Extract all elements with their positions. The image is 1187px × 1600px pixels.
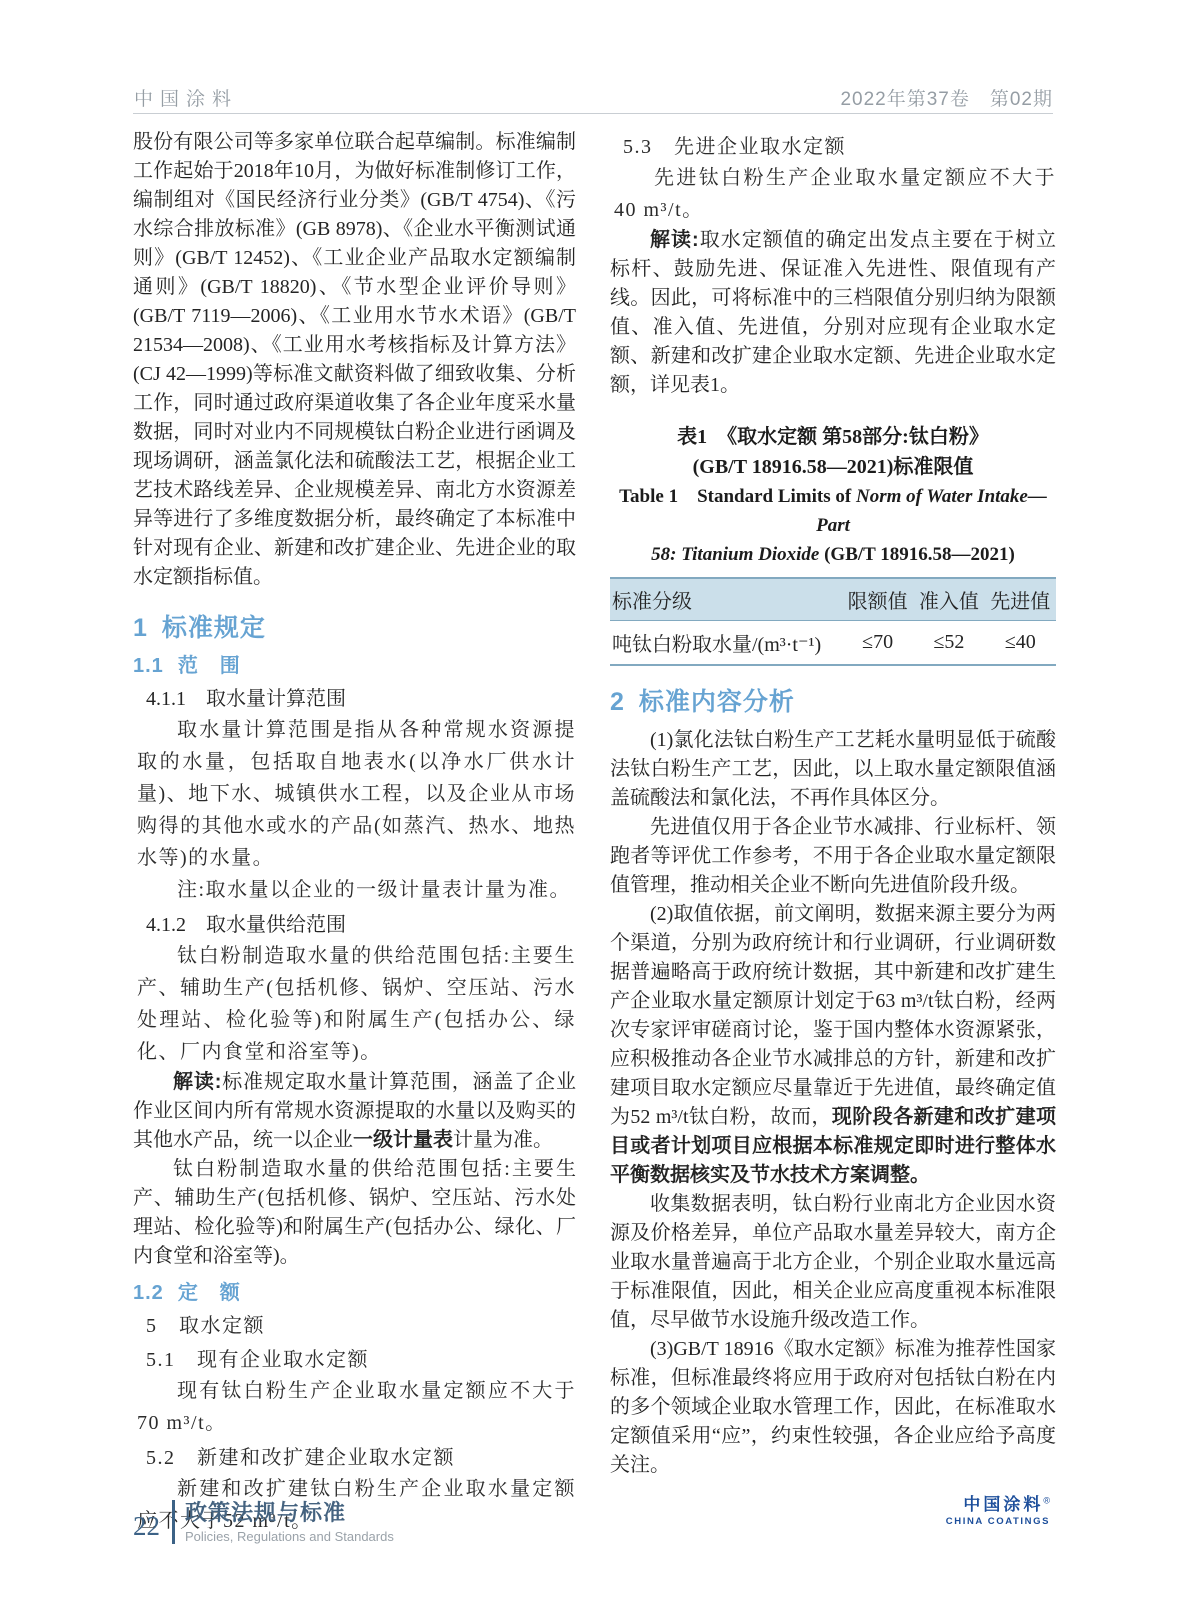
paragraph-supply-scope: 钛白粉制造取水量的供给范围包括:主要生产、辅助生产(包括机修、锅炉、空压站、污水… bbox=[133, 1155, 576, 1271]
running-head-issue: 2022年第37卷 第02期 bbox=[840, 84, 1053, 111]
table-1-title-en-line2: 58: Titanium Dioxide (GB/T 18916.58—2021… bbox=[610, 540, 1056, 569]
clause-5-3-heading: 5.3 先进企业取水定额 bbox=[610, 132, 1056, 162]
interpretation-paragraph-1: 解读:标准规定取水量计算范围，涵盖了企业作业区间内所有常规水资源提取的水量以及购… bbox=[133, 1068, 576, 1155]
cell-advanced-value: ≤40 bbox=[985, 621, 1056, 666]
interpretation-paragraph-2: 解读:取水定额值的确定出发点主要在于树立标杆、鼓励先进、保证准入先进性、限值现有… bbox=[610, 226, 1056, 400]
footer-section-title-en: Policies, Regulations and Standards bbox=[185, 1529, 394, 1544]
journal-page: 中国涂料 2022年第37卷 第02期 股份有限公司等多家单位联合起草编制。标准… bbox=[0, 0, 1187, 1600]
table-title-en-italic: 58: Titanium Dioxide bbox=[651, 544, 824, 565]
logo-zh-line: 中国涂料® bbox=[610, 1490, 1050, 1515]
cell-indicator: 吨钛白粉取水量/(m³·t⁻¹) bbox=[610, 621, 842, 666]
clause-5-3-body: 先进钛白粉生产企业取水量定额应不大于40 m³/t。 bbox=[610, 162, 1056, 226]
section-title: 标准内容分析 bbox=[639, 688, 795, 716]
table-1: 标准分级 限额值 准入值 先进值 吨钛白粉取水量/(m³·t⁻¹) ≤70 ≤5… bbox=[610, 577, 1056, 666]
analysis-paragraph-1: (1)氯化法钛白粉生产工艺耗水量明显低于硫酸法钛白粉生产工艺，因此，以上取水量定… bbox=[610, 726, 1056, 813]
table-row: 吨钛白粉取水量/(m³·t⁻¹) ≤70 ≤52 ≤40 bbox=[610, 621, 1056, 666]
table-1-title-zh-line2: (GB/T 18916.58—2021)标准限值 bbox=[610, 452, 1056, 482]
analysis-paragraph-4: 收集数据表明，钛白粉行业南北方企业因水资源及价格差异，单位产品取水量差异较大，南… bbox=[610, 1190, 1056, 1335]
section-heading-1-1: 1.1范 围 bbox=[133, 652, 576, 680]
interpretation-text: 取水定额值的确定出发点主要在于树立标杆、鼓励先进、保证准入先进性、限值现有产线。… bbox=[610, 229, 1056, 396]
section-heading-1: 1标准规定 bbox=[133, 612, 576, 644]
clause-4-1-2-body: 钛白粉制造取水量的供给范围包括:主要生产、辅助生产(包括机修、锅炉、空压站、污水… bbox=[133, 940, 576, 1068]
clause-5-2-heading: 5.2 新建和改扩建企业取水定额 bbox=[133, 1443, 576, 1473]
analysis-text: (2)取值依据，前文阐明，数据来源主要分为两个渠道，分别为政府统计和行业调研，行… bbox=[610, 903, 1056, 1128]
right-column: 5.3 先进企业取水定额 先进钛白粉生产企业取水量定额应不大于40 m³/t。 … bbox=[610, 128, 1056, 1527]
clause-4-1-2-heading: 4.1.2 取水量供给范围 bbox=[133, 910, 576, 940]
interpretation-bold-term: 一级计量表 bbox=[353, 1129, 453, 1151]
cell-limit-value: ≤70 bbox=[842, 621, 913, 666]
section-number: 1.1 bbox=[133, 655, 164, 677]
page-footer: 22 政策法规与标准 Policies, Regulations and Sta… bbox=[133, 1500, 394, 1544]
clause-4-1-1-body: 取水量计算范围是指从各种常规水资源提取的水量，包括取自地表水(以净水厂供水计量)… bbox=[133, 714, 576, 874]
paragraph-intro: 股份有限公司等多家单位联合起草编制。标准编制工作起始于2018年10月，为做好标… bbox=[133, 128, 576, 592]
clause-5-heading: 5 取水定额 bbox=[133, 1311, 576, 1341]
footer-section-title-zh: 政策法规与标准 bbox=[185, 1500, 394, 1526]
section-title: 范 围 bbox=[178, 655, 241, 677]
logo-zh-text: 中国涂料 bbox=[963, 1495, 1043, 1514]
interpretation-label: 解读: bbox=[650, 229, 699, 251]
registered-trademark-icon: ® bbox=[1043, 1496, 1050, 1506]
clause-5-1-heading: 5.1 现有企业取水定额 bbox=[133, 1345, 576, 1375]
interpretation-label: 解读: bbox=[173, 1071, 221, 1093]
table-1-block: 表1 《取水定额 第58部分:钛白粉》 (GB/T 18916.58—2021)… bbox=[610, 422, 1056, 666]
section-number: 1.2 bbox=[133, 1282, 164, 1304]
section-number: 1 bbox=[133, 614, 148, 642]
section-number: 2 bbox=[610, 688, 625, 716]
running-head-journal: 中国涂料 bbox=[134, 84, 238, 111]
table-title-en-suffix: (GB/T 18916.58—2021) bbox=[824, 544, 1015, 565]
table-1-title-en-line1: Table 1 Standard Limits of Norm of Water… bbox=[610, 482, 1056, 540]
table-header-row: 标准分级 限额值 准入值 先进值 bbox=[610, 578, 1056, 621]
section-title: 标准规定 bbox=[162, 614, 266, 642]
section-heading-1-2: 1.2定 额 bbox=[133, 1279, 576, 1307]
header-rule bbox=[133, 113, 1053, 114]
analysis-paragraph-2: 先进值仅用于各企业节水减排、行业标杆、领跑者等评优工作参考，不用于各企业取水量定… bbox=[610, 813, 1056, 900]
clause-4-1-1-note: 注:取水量以企业的一级计量表计量为准。 bbox=[133, 874, 576, 906]
logo-en-text: CHINA COATINGS bbox=[610, 1516, 1050, 1527]
analysis-paragraph-5: (3)GB/T 18916《取水定额》标准为推荐性国家标准，但标准最终将应用于政… bbox=[610, 1335, 1056, 1480]
col-header-advanced: 先进值 bbox=[985, 578, 1056, 621]
clause-5-1-body: 现有钛白粉生产企业取水量定额应不大于70 m³/t。 bbox=[133, 1375, 576, 1439]
table-1-title-zh-line1: 表1 《取水定额 第58部分:钛白粉》 bbox=[610, 422, 1056, 452]
cell-entry-value: ≤52 bbox=[913, 621, 984, 666]
col-header-entry: 准入值 bbox=[913, 578, 984, 621]
col-header-grade: 标准分级 bbox=[610, 578, 842, 621]
page-number: 22 bbox=[133, 1503, 160, 1542]
footer-section-block: 政策法规与标准 Policies, Regulations and Standa… bbox=[172, 1500, 394, 1544]
table-title-en-prefix: Table 1 Standard Limits of bbox=[619, 486, 856, 507]
interpretation-text: 计量为准。 bbox=[453, 1129, 553, 1151]
china-coatings-logo: 中国涂料® CHINA COATINGS bbox=[610, 1490, 1056, 1527]
section-heading-2: 2标准内容分析 bbox=[610, 686, 1056, 718]
clause-4-1-1-heading: 4.1.1 取水量计算范围 bbox=[133, 684, 576, 714]
col-header-limit: 限额值 bbox=[842, 578, 913, 621]
left-column: 股份有限公司等多家单位联合起草编制。标准编制工作起始于2018年10月，为做好标… bbox=[133, 128, 576, 1537]
section-title: 定 额 bbox=[178, 1282, 241, 1304]
analysis-paragraph-3: (2)取值依据，前文阐明，数据来源主要分为两个渠道，分别为政府统计和行业调研，行… bbox=[610, 900, 1056, 1190]
